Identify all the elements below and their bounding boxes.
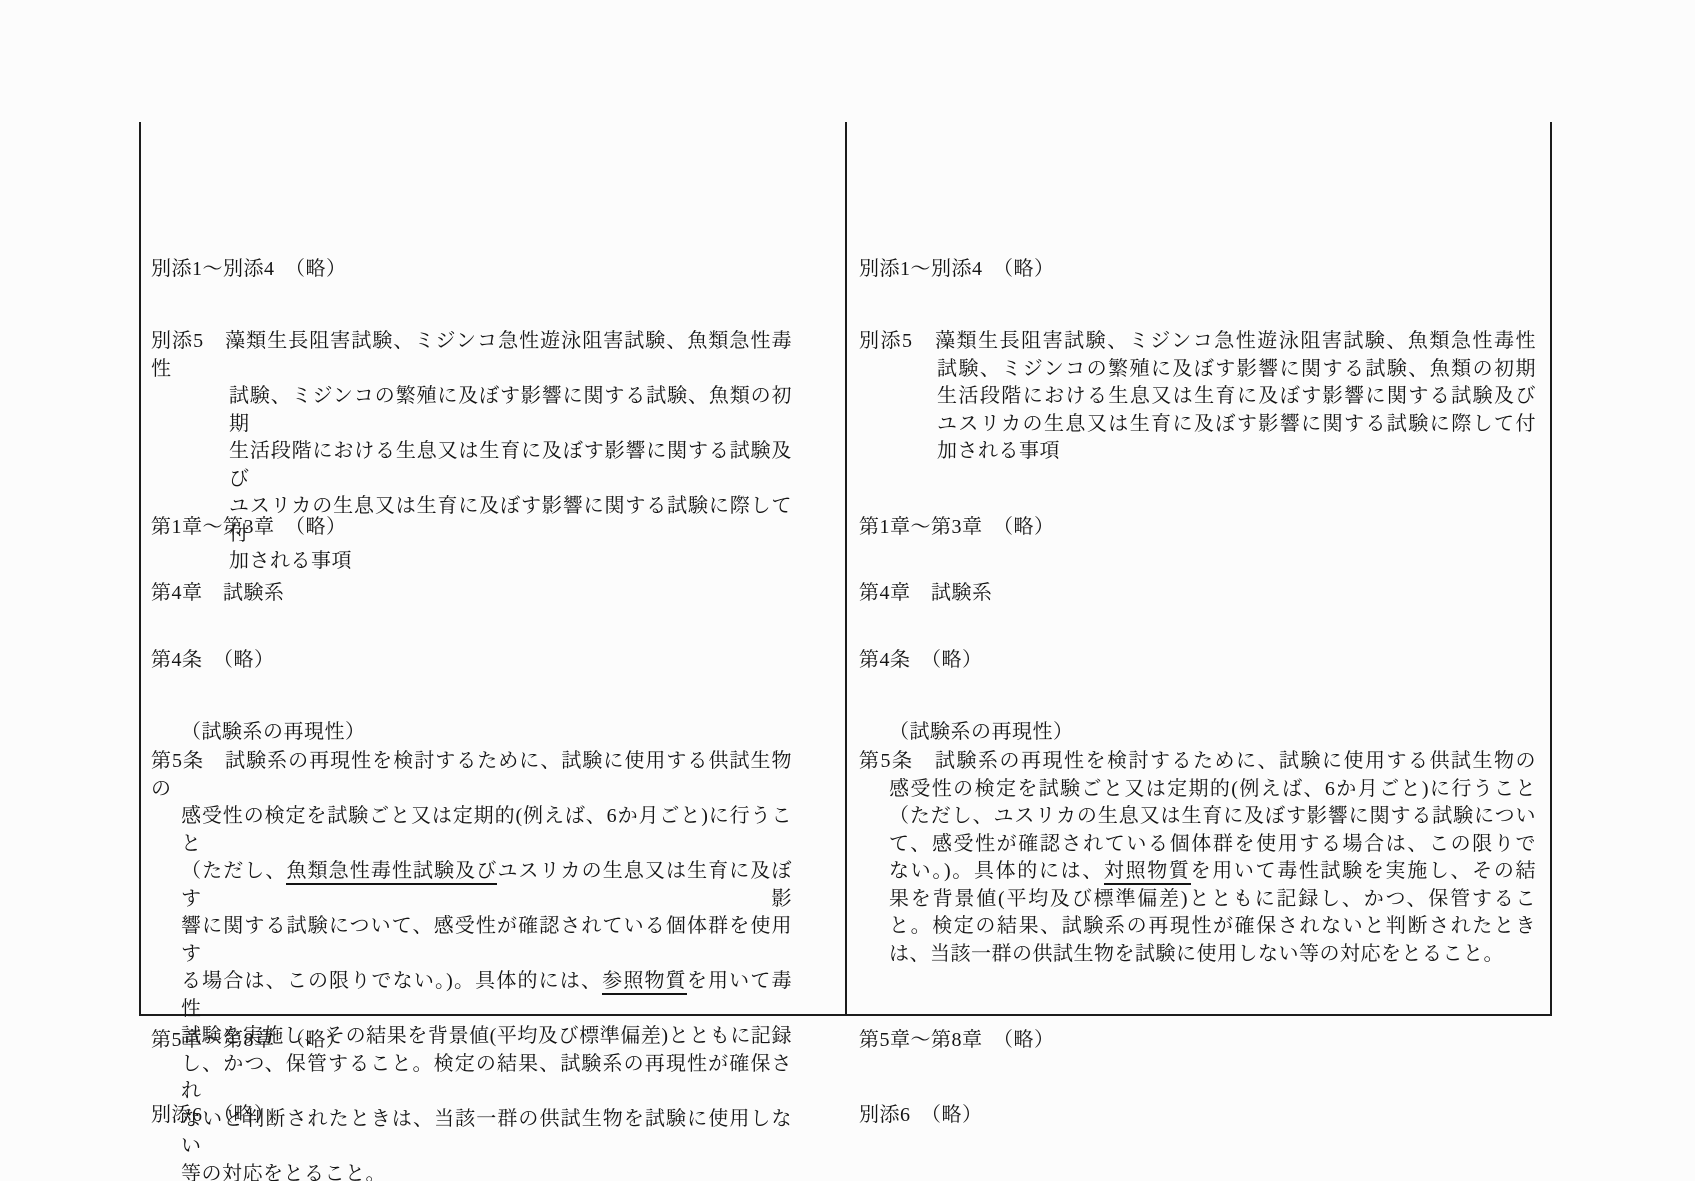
text-segment: る場合は、この限りでない。)。具体的には、 — [181, 970, 602, 992]
right-column: 別添1〜別添4 （略）別添5 藻類生長阻害試験、ミジンコ急性遊泳阻害試験、魚類急… — [847, 122, 1552, 1014]
text-segment: と。検定の結果、試験系の再現性が確保されないと判断されたとき — [889, 915, 1536, 937]
text-segment: 別添6 （略） — [859, 1104, 983, 1126]
text-line: 第5条 試験系の再現性を検討するために、試験に使用する供試生物の — [151, 748, 792, 803]
text-segment: 果を背景値(平均及び標準偏差)とともに記録し、かつ、保管するこ — [889, 888, 1536, 910]
text-line: 別添6 （略） — [151, 1102, 792, 1130]
text-segment: 等の対応をとること。 — [181, 1163, 386, 1181]
row-r4: 第4章 試験系 — [151, 580, 792, 608]
row-r8: 第5章〜第8章 （略） — [151, 1027, 792, 1055]
text-line: 第4章 試験系 — [151, 580, 792, 608]
text-line: （ただし、魚類急性毒性試験及びユスリカの生息又は生育に及ぼす影 — [151, 858, 792, 913]
text-line: 生活段階における生息又は生育に及ぼす影響に関する試験及び — [859, 383, 1536, 411]
text-segment: 第5条 試験系の再現性を検討するために、試験に使用する供試生物の — [151, 750, 792, 800]
text-segment: 別添1〜別添4 （略） — [151, 258, 347, 280]
text-line: 等の対応をとること。 — [151, 1161, 792, 1181]
text-line: 試験、ミジンコの繁殖に及ぼす影響に関する試験、魚類の初期 — [859, 356, 1536, 384]
text-segment: 別添5 藻類生長阻害試験、ミジンコ急性遊泳阻害試験、魚類急性毒性 — [151, 330, 792, 380]
text-line: 別添5 藻類生長阻害試験、ミジンコ急性遊泳阻害試験、魚類急性毒性 — [859, 328, 1536, 356]
text-line: 第1章〜第3章 （略） — [151, 514, 792, 542]
text-segment: 第1章〜第3章 （略） — [151, 516, 347, 538]
text-line: 試験、ミジンコの繁殖に及ぼす影響に関する試験、魚類の初期 — [151, 383, 792, 438]
text-segment: は、当該一群の供試生物を試験に使用しない等の対応をとること。 — [889, 943, 1504, 965]
row-r5: 第4条 （略） — [859, 647, 1536, 675]
row-r4: 第4章 試験系 — [859, 580, 1536, 608]
text-line: て、感受性が確認されている個体群を使用する場合は、この限りで — [859, 831, 1536, 859]
text-line: ない。)。具体的には、対照物質を用いて毒性試験を実施し、その結 — [859, 858, 1536, 886]
text-line: 加される事項 — [151, 548, 792, 576]
row-r9: 別添6 （略） — [859, 1102, 1536, 1130]
text-segment: 生活段階における生息又は生育に及ぼす影響に関する試験及び — [937, 385, 1536, 407]
text-line: 感受性の検定を試験ごと又は定期的(例えば、6か月ごと)に行うこと — [859, 776, 1536, 804]
text-line: 感受性の検定を試験ごと又は定期的(例えば、6か月ごと)に行うこと — [151, 803, 792, 858]
text-line: 第5条 試験系の再現性を検討するために、試験に使用する供試生物の — [859, 748, 1536, 776]
text-segment: 別添1〜別添4 （略） — [859, 258, 1055, 280]
text-segment: 別添6 （略） — [151, 1104, 275, 1126]
text-segment: （ただし、ユスリカの生息又は生育に及ぼす影響に関する試験につい — [889, 805, 1536, 827]
text-line: 加される事項 — [859, 438, 1536, 466]
text-segment: 生活段階における生息又は生育に及ぼす影響に関する試験及び — [229, 440, 792, 490]
document-page: { "colors": { "ink": "#141414", "border"… — [0, 0, 1695, 1181]
row-r1: 別添1〜別添4 （略） — [151, 256, 792, 284]
text-segment: 第4条 （略） — [859, 649, 983, 671]
text-segment: 感受性の検定を試験ごと又は定期的(例えば、6か月ごと)に行うこと — [889, 778, 1536, 800]
comparison-table: 別添1〜別添4 （略）別添5 藻類生長阻害試験、ミジンコ急性遊泳阻害試験、魚類急… — [139, 122, 1552, 1016]
text-segment: 別添5 藻類生長阻害試験、ミジンコ急性遊泳阻害試験、魚類急性毒性 — [859, 330, 1536, 352]
text-line: は、当該一群の供試生物を試験に使用しない等の対応をとること。 — [859, 941, 1536, 969]
text-segment: 第5章〜第8章 （略） — [859, 1029, 1055, 1051]
text-line: 第4条 （略） — [859, 647, 1536, 675]
text-segment: 響に関する試験について、感受性が確認されている個体群を使用す — [181, 915, 792, 965]
text-line: （試験系の再現性） — [859, 719, 1536, 747]
text-line: 別添5 藻類生長阻害試験、ミジンコ急性遊泳阻害試験、魚類急性毒性 — [151, 328, 792, 383]
text-line: （ただし、ユスリカの生息又は生育に及ぼす影響に関する試験につい — [859, 803, 1536, 831]
row-r1: 別添1〜別添4 （略） — [859, 256, 1536, 284]
text-line: し、かつ、保管すること。検定の結果、試験系の再現性が確保され — [151, 1051, 792, 1106]
text-line: ユスリカの生息又は生育に及ぼす影響に関する試験に際して付 — [859, 411, 1536, 439]
text-segment: ない。)。具体的には、 — [889, 860, 1104, 882]
underlined-text: 魚類急性毒性試験及び — [286, 860, 497, 885]
text-line: 別添1〜別添4 （略） — [151, 256, 792, 284]
text-segment: 第4章 試験系 — [151, 582, 285, 604]
row-r7: 第5条 試験系の再現性を検討するために、試験に使用する供試生物の感受性の検定を試… — [859, 748, 1536, 968]
underlined-text: 参照物質 — [602, 970, 687, 995]
text-segment: 第4章 試験系 — [859, 582, 993, 604]
underlined-text: 対照物質 — [1104, 860, 1191, 885]
text-segment: 第4条 （略） — [151, 649, 275, 671]
text-line: 第4条 （略） — [151, 647, 792, 675]
text-line: 第5章〜第8章 （略） — [151, 1027, 792, 1055]
row-r8: 第5章〜第8章 （略） — [859, 1027, 1536, 1055]
text-line: と。検定の結果、試験系の再現性が確保されないと判断されたとき — [859, 913, 1536, 941]
text-segment: 第5条 試験系の再現性を検討するために、試験に使用する供試生物の — [859, 750, 1536, 772]
text-line: 別添1〜別添4 （略） — [859, 256, 1536, 284]
text-segment: （ただし、 — [181, 860, 286, 882]
text-line: 果を背景値(平均及び標準偏差)とともに記録し、かつ、保管するこ — [859, 886, 1536, 914]
text-segment: 加される事項 — [229, 550, 352, 572]
text-segment: ユスリカの生息又は生育に及ぼす影響に関する試験に際して付 — [937, 413, 1536, 435]
text-line: 第4章 試験系 — [859, 580, 1536, 608]
row-r9: 別添6 （略） — [151, 1102, 792, 1130]
row-r5: 第4条 （略） — [151, 647, 792, 675]
text-segment: 加される事項 — [937, 440, 1060, 462]
row-r3: 第1章〜第3章 （略） — [859, 514, 1536, 542]
text-segment: （試験系の再現性） — [889, 721, 1074, 743]
left-column: 別添1〜別添4 （略）別添5 藻類生長阻害試験、ミジンコ急性遊泳阻害試験、魚類急… — [139, 122, 847, 1014]
text-line: （試験系の再現性） — [151, 719, 792, 747]
text-segment: し、かつ、保管すること。検定の結果、試験系の再現性が確保され — [181, 1053, 792, 1103]
text-line: る場合は、この限りでない。)。具体的には、参照物質を用いて毒性 — [151, 968, 792, 1023]
text-segment: 感受性の検定を試験ごと又は定期的(例えば、6か月ごと)に行うこと — [181, 805, 792, 855]
row-r2: 別添5 藻類生長阻害試験、ミジンコ急性遊泳阻害試験、魚類急性毒性試験、ミジンコの… — [859, 328, 1536, 466]
text-line: 第1章〜第3章 （略） — [859, 514, 1536, 542]
row-r6: （試験系の再現性） — [151, 719, 792, 747]
row-r3: 第1章〜第3章 （略） — [151, 514, 792, 542]
text-segment: 第1章〜第3章 （略） — [859, 516, 1055, 538]
text-line: 第5章〜第8章 （略） — [859, 1027, 1536, 1055]
text-line: 生活段階における生息又は生育に及ぼす影響に関する試験及び — [151, 438, 792, 493]
text-segment: て、感受性が確認されている個体群を使用する場合は、この限りで — [889, 833, 1536, 855]
text-line: 別添6 （略） — [859, 1102, 1536, 1130]
text-line: 響に関する試験について、感受性が確認されている個体群を使用す — [151, 913, 792, 968]
row-r6: （試験系の再現性） — [859, 719, 1536, 747]
text-segment: （試験系の再現性） — [181, 721, 366, 743]
text-segment: 試験、ミジンコの繁殖に及ぼす影響に関する試験、魚類の初期 — [229, 385, 792, 435]
text-segment: 試験、ミジンコの繁殖に及ぼす影響に関する試験、魚類の初期 — [937, 358, 1536, 380]
text-segment: を用いて毒性試験を実施し、その結 — [1191, 860, 1536, 882]
text-segment: 第5章〜第8章 （略） — [151, 1029, 347, 1051]
